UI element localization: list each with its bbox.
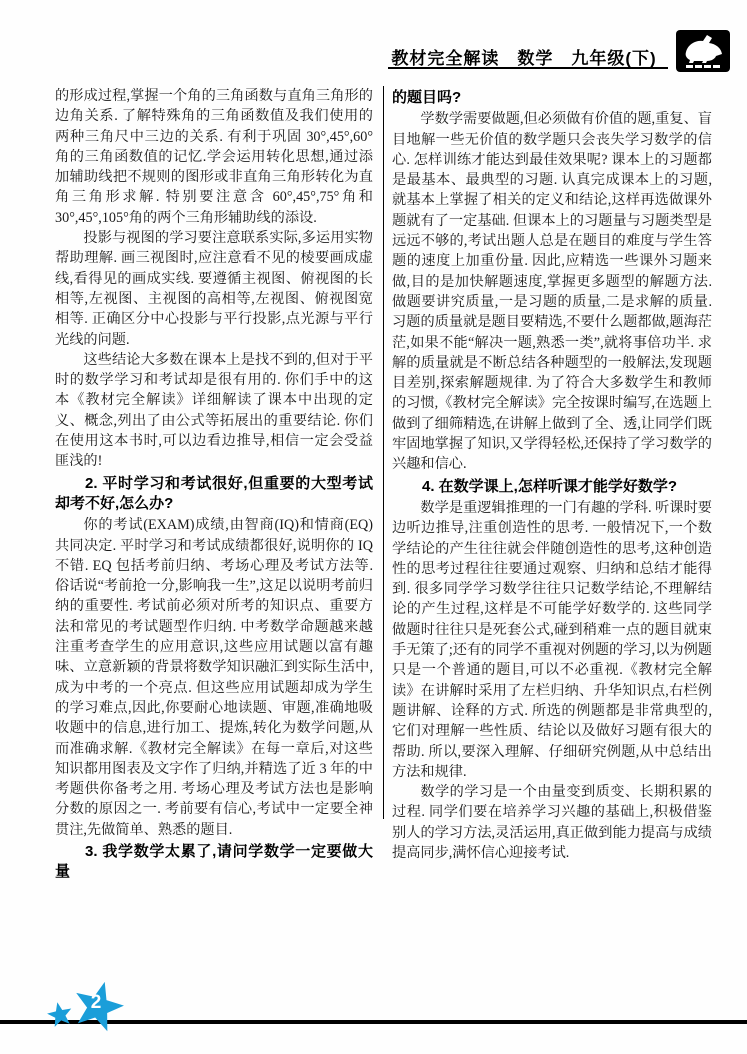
right-column: 的题目吗?学数学需要做题,但必须做有价值的题,重复、盲目地解一些无价值的数学题只… — [392, 86, 712, 863]
paragraph: 的形成过程,掌握一个角的三角函数与直角三角形的边角关系. 了解特殊角的三角函数值… — [55, 86, 373, 228]
section-heading: 4. 在数学课上,怎样听课才能学好数学? — [392, 477, 712, 497]
book-page: 教材完全解读 数学 九年级(下) 的形成过程,掌握一个角的三角函数与直角三角形的… — [0, 0, 747, 1054]
section-heading: 2. 平时学习和考试很好,但重要的大型考试却考不好,怎么办? — [55, 474, 373, 515]
publisher-logo-icon — [676, 30, 730, 72]
paragraph: 你的考试(EXAM)成绩,由智商(IQ)和情商(EQ)共同决定. 平时学习和考试… — [55, 515, 373, 840]
page-number-stars: 2 — [38, 972, 168, 1052]
page-header-title: 教材完全解读 数学 九年级(下) — [380, 44, 668, 69]
paragraph: 学数学需要做题,但必须做有价值的题,重复、盲目地解一些无价值的数学题只会丧失学习… — [392, 109, 712, 474]
small-star-icon — [45, 1000, 74, 1028]
section-heading: 3. 我学数学太累了,请问学数学一定要做大量 — [55, 842, 373, 883]
paragraph: 投影与视图的学习要注意联系实际,多运用实物帮助理解. 画三视图时,应注意看不见的… — [55, 228, 373, 350]
section-heading: 的题目吗? — [392, 88, 712, 108]
paragraph: 这些结论大多数在课本上是找不到的,但对于平时的数学学习和考试却是很有用的. 你们… — [55, 350, 373, 472]
column-divider — [383, 86, 384, 819]
page-number: 2 — [91, 992, 102, 1013]
paragraph: 数学是重逻辑推理的一门有趣的学科. 听课时要边听边推导,注重创造性的思考. 一般… — [392, 498, 712, 782]
left-column: 的形成过程,掌握一个角的三角函数与直角三角形的边角关系. 了解特殊角的三角函数值… — [55, 86, 373, 884]
goat-logo-icon — [676, 30, 730, 72]
paragraph: 数学的学习是一个由量变到质变、长期积累的过程. 同学们要在培养学习兴趣的基础上,… — [392, 782, 712, 863]
